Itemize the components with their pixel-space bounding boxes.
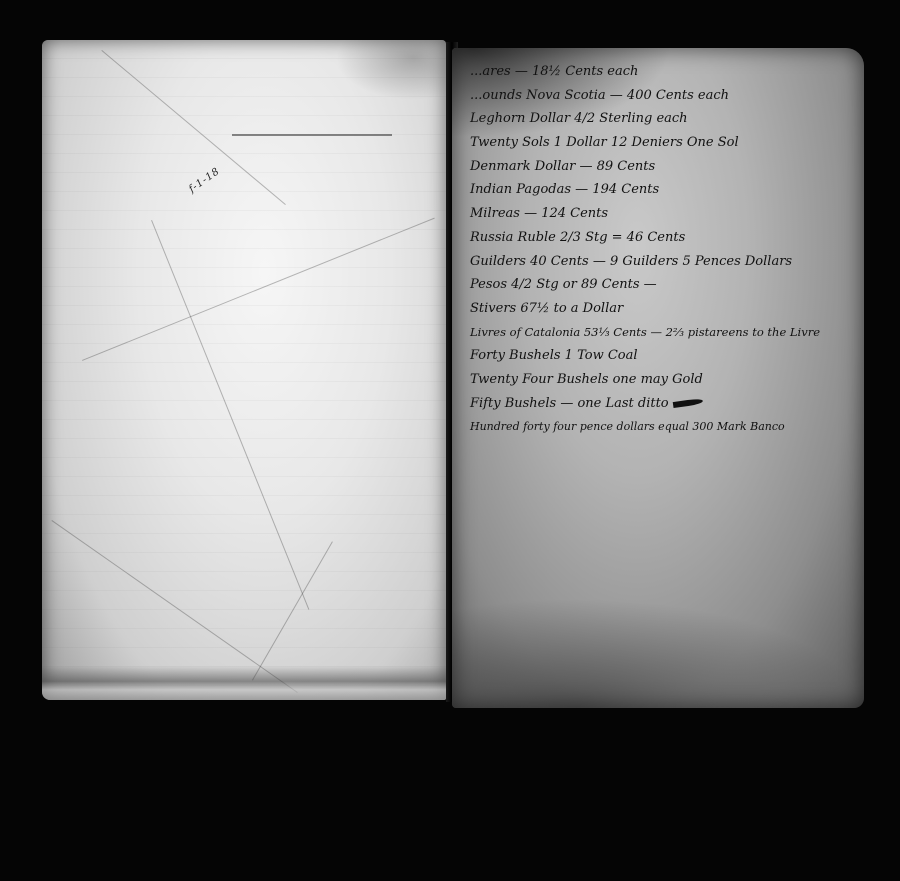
microfilm-scan: f-1-18 ...ares — 18½ Cents each ...ounds… <box>0 0 900 881</box>
ledger-entry: ...ounds Nova Scotia — 400 Cents each <box>470 84 864 108</box>
right-page-ledger: ...ares — 18½ Cents each ...ounds Nova S… <box>452 48 864 708</box>
ledger-entry: Guilders 40 Cents — 9 Guilders 5 Pences … <box>470 250 864 274</box>
ledger-entry: Twenty Sols 1 Dollar 12 Deniers One Sol <box>470 131 864 155</box>
ledger-entry: Leghorn Dollar 4/2 Sterling each <box>470 107 864 131</box>
ink-blot-icon <box>672 398 703 408</box>
dark-stain <box>452 598 864 708</box>
ledger-entry: Pesos 4/2 Stg or 89 Cents — <box>470 273 864 297</box>
ledger-entry: Fifty Bushels — one Last ditto <box>470 392 864 416</box>
left-page-blank: f-1-18 <box>42 40 446 700</box>
ruled-lines <box>42 40 446 700</box>
ledger-entry: Twenty Four Bushels one may Gold <box>470 368 864 392</box>
ledger-entries: ...ares — 18½ Cents each ...ounds Nova S… <box>470 60 864 439</box>
ledger-entry: Hundred forty four pence dollars equal 3… <box>470 415 864 439</box>
ink-bleed-stain <box>336 40 446 100</box>
ledger-entry: Milreas — 124 Cents <box>470 202 864 226</box>
ledger-entry: Russia Ruble 2/3 Stg = 46 Cents <box>470 226 864 250</box>
ledger-entry: Denmark Dollar — 89 Cents <box>470 155 864 179</box>
ledger-entry: ...ares — 18½ Cents each <box>470 60 864 84</box>
ledger-entry: Indian Pagodas — 194 Cents <box>470 178 864 202</box>
ledger-entry: Stivers 67½ to a Dollar <box>470 297 864 321</box>
pencil-mark <box>232 134 392 136</box>
ledger-entry: Livres of Catalonia 53⅓ Cents — 2⅔ pista… <box>470 321 864 345</box>
ledger-entry: Forty Bushels 1 Tow Coal <box>470 344 864 368</box>
